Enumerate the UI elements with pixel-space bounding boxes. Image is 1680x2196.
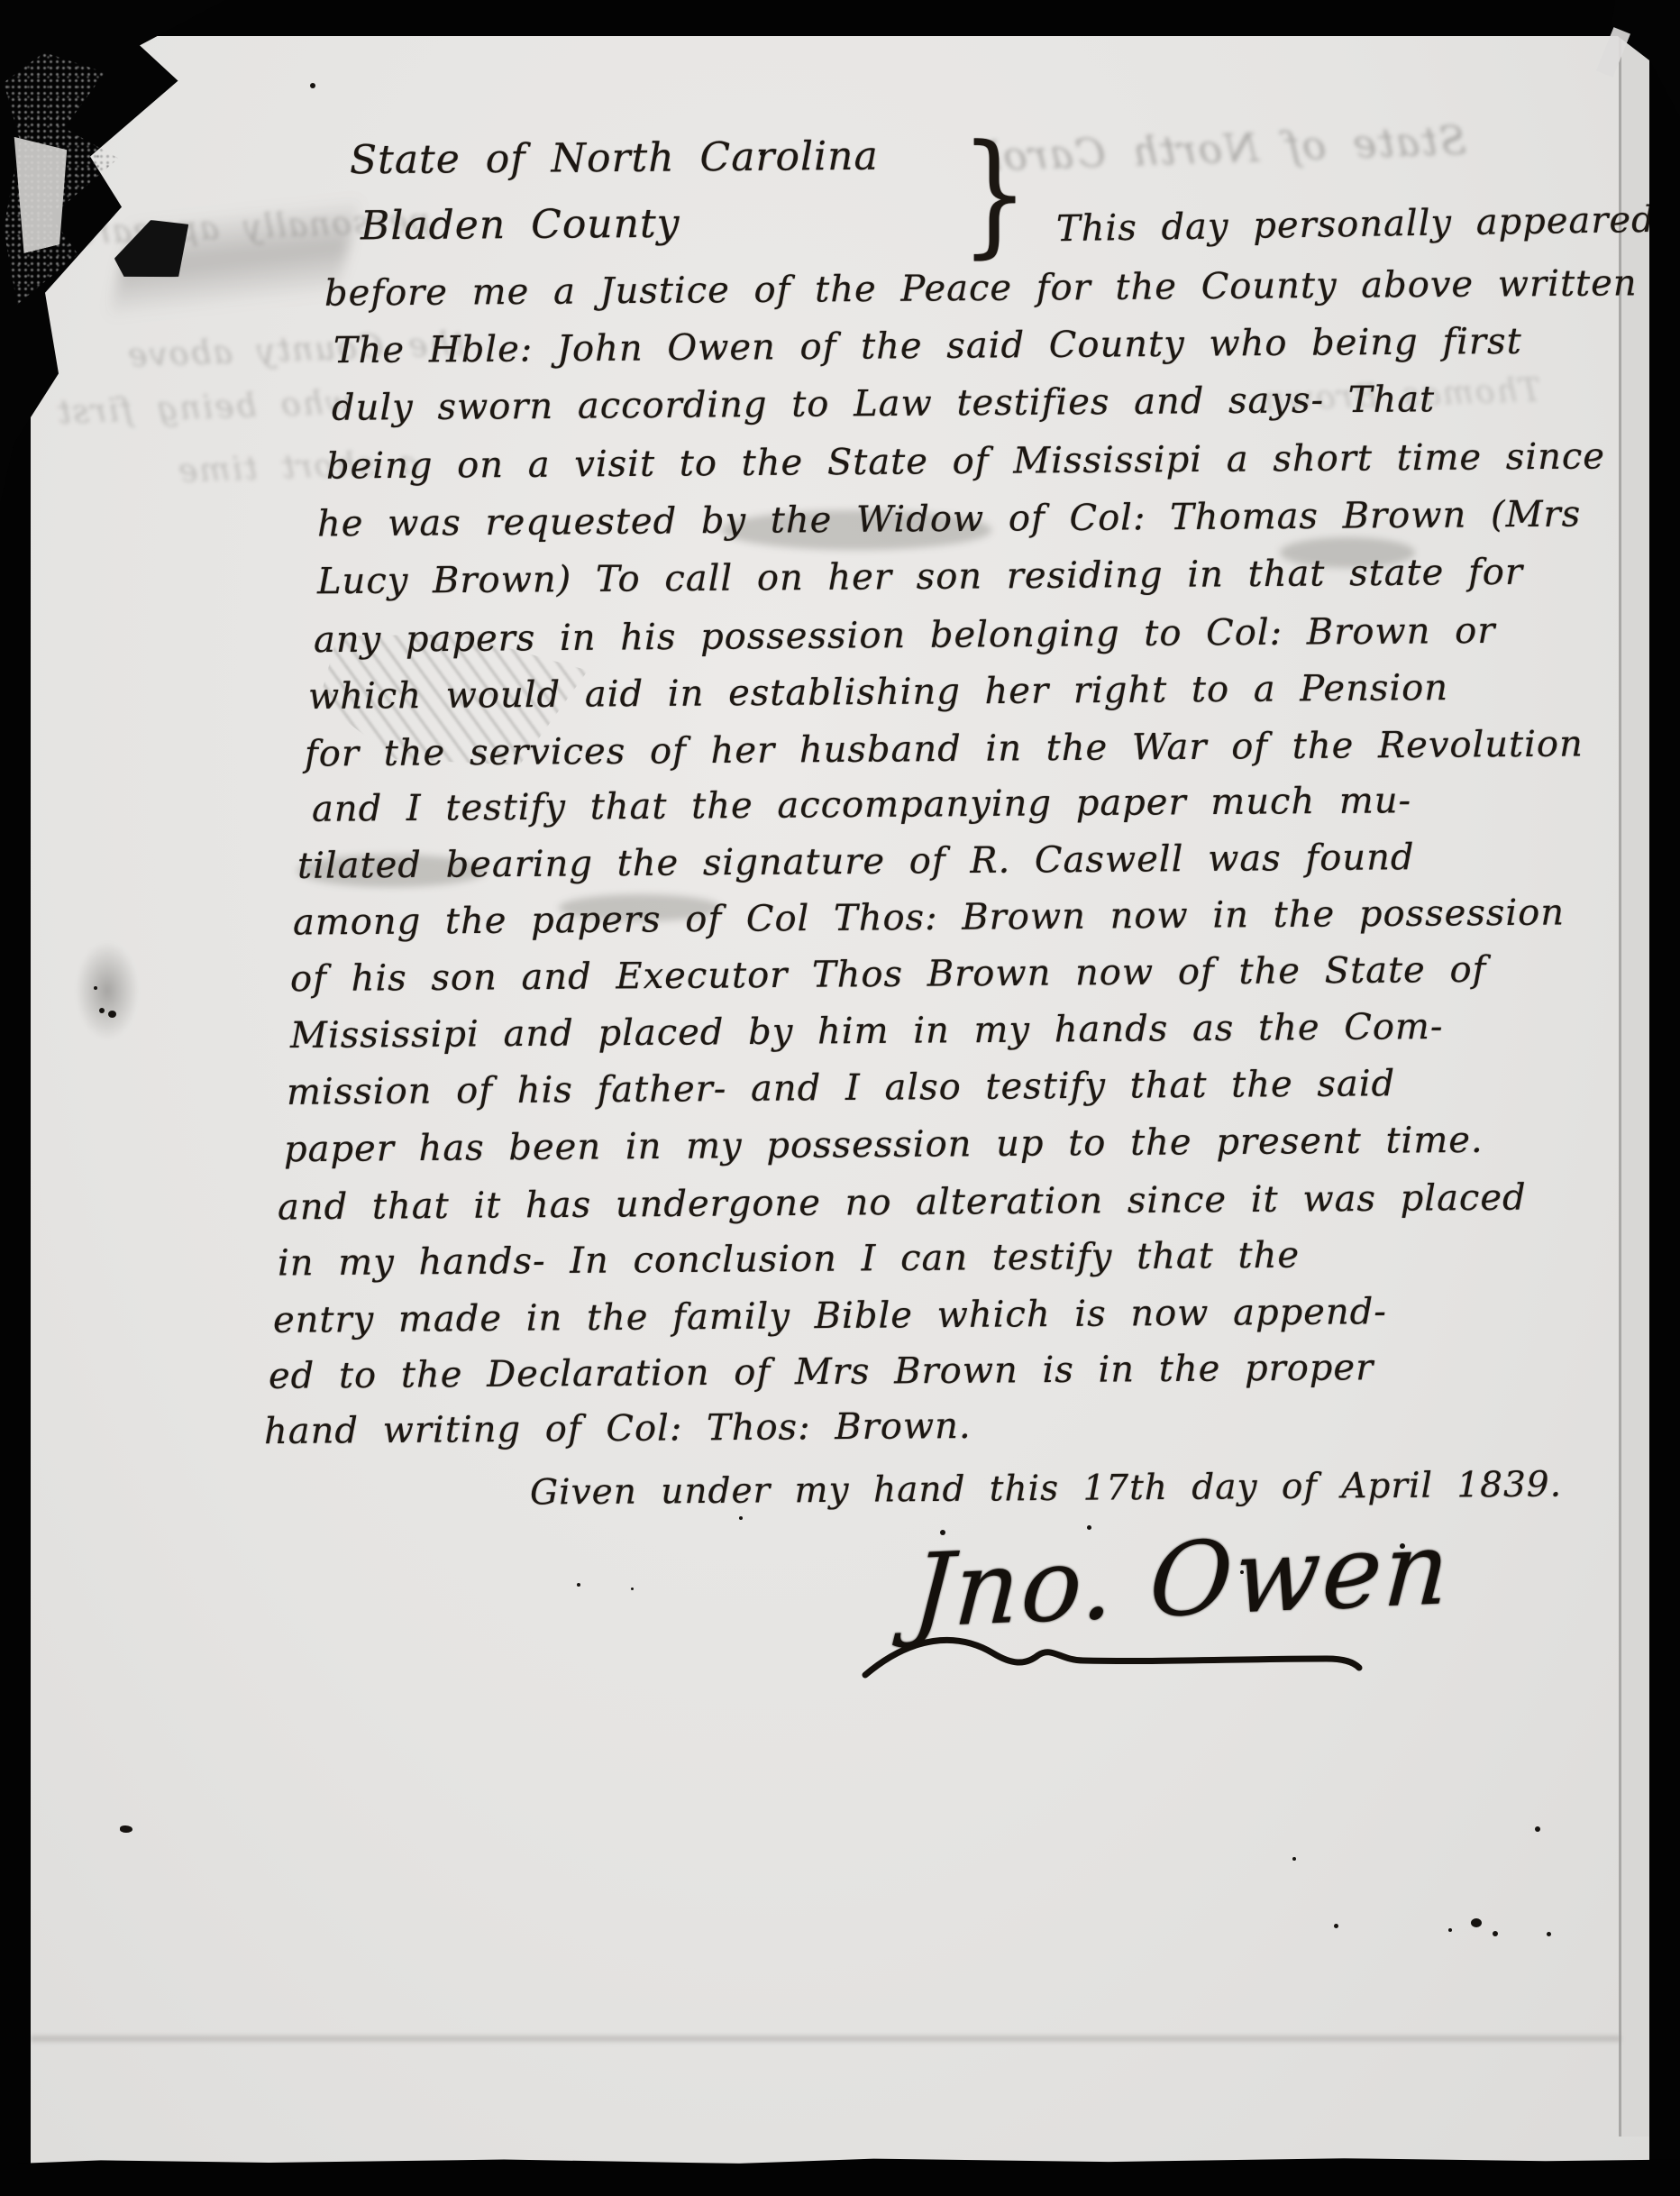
- ink-speck: [1240, 1570, 1244, 1574]
- ink-speck: [1471, 1918, 1482, 1927]
- ink-speck: [94, 986, 97, 990]
- ink-speck: [1334, 1924, 1338, 1928]
- scan-border-top: [0, 0, 1680, 36]
- signature-flourish: [858, 1619, 1363, 1682]
- ink-speck: [108, 1011, 116, 1018]
- ink-speck: [1448, 1928, 1452, 1932]
- handwritten-line: hand writing of Col: Thos: Brown.: [264, 1405, 972, 1452]
- date-line: Given under my hand this 17th day of Apr…: [530, 1465, 1562, 1514]
- ink-speck: [940, 1530, 945, 1535]
- curly-brace: }: [961, 115, 1028, 271]
- handwritten-line: duly sworn according to Law testifies an…: [332, 379, 1435, 429]
- handwritten-line: mission of his father- and I also testif…: [287, 1063, 1396, 1113]
- ink-speck: [310, 83, 315, 88]
- ink-smudge: [76, 941, 139, 1040]
- ink-speck: [1535, 1826, 1540, 1832]
- ink-speck: [1292, 1857, 1296, 1861]
- ink-speck: [739, 1516, 743, 1520]
- ink-speck: [1400, 1543, 1405, 1549]
- heading-state-line: State of North Carolina: [350, 133, 879, 184]
- ink-speck: [631, 1588, 634, 1590]
- handwritten-line: entry made in the family Bible which is …: [273, 1291, 1387, 1341]
- ink-speck: [577, 1583, 580, 1587]
- scan-border-right: [1649, 0, 1680, 2196]
- ink-speck: [99, 1008, 105, 1013]
- handwritten-line: tilated bearing the signature of R. Casw…: [297, 837, 1415, 887]
- ink-speck: [1547, 1932, 1551, 1936]
- paper-crease: [31, 2036, 1621, 2042]
- ink-speck: [1087, 1525, 1091, 1530]
- heading-county-line: Bladen County: [361, 201, 680, 250]
- document-scan: State of North Carol personally appeared…: [0, 0, 1680, 2196]
- ink-speck: [760, 151, 764, 156]
- handwritten-line: ed to the Declaration of Mrs Brown is in…: [269, 1347, 1374, 1397]
- ink-speck: [1493, 1931, 1498, 1936]
- handwritten-line: and I testify that the accompanying pape…: [312, 780, 1411, 830]
- ink-speck: [120, 1825, 132, 1833]
- handwritten-line: in my hands- In conclusion I can testify…: [278, 1235, 1300, 1285]
